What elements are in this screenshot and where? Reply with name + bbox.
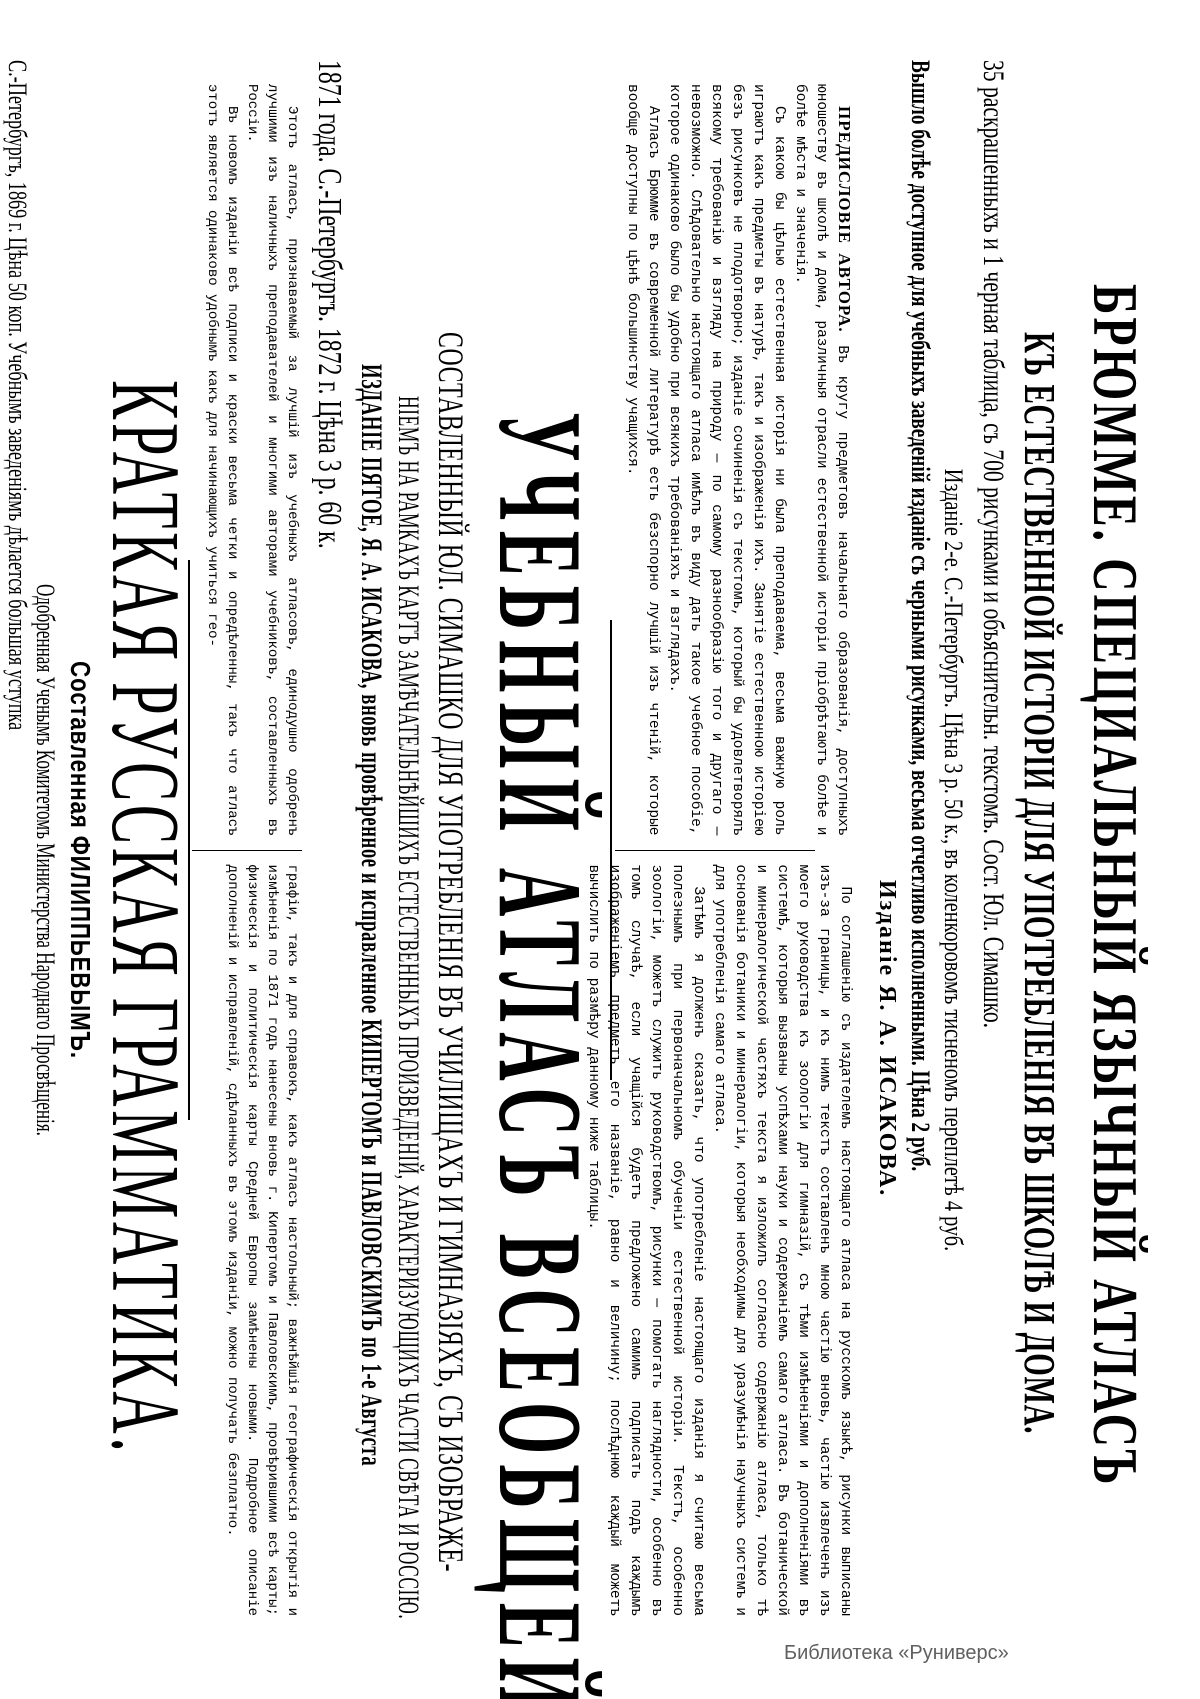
- geography-atlas-edition: ИЗДАНІЕ ПЯТОЕ, Я. А. ИСАКОВА, вновь пров…: [354, 364, 388, 1356]
- note-paragraph: По соглашенію съ издателемъ настоящаго а…: [708, 865, 855, 1617]
- brumme-atlas-description: 35 раскрашенныхъ и 1 черная таблица, съ …: [976, 60, 1010, 1212]
- geography-atlas-subtitle-cont: НІЕМЪ НА РАМКАХЪ КАРТЪ ЗАМѢЧАТЕЛЬНѢЙШИХЪ…: [391, 396, 425, 1324]
- brumme-atlas-publisher: Изданіе Я. А. ИСАКОВА.: [873, 880, 900, 1280]
- grammar-approval: Одобренная Ученымъ Комитетомъ Министерст…: [30, 332, 60, 1388]
- geography-atlas-year-price: 1871 года. С.-Петербургъ. 1872 г. Цѣна 3…: [310, 60, 348, 1180]
- grammar-year-price: С.-Петербургъ, 1869 г. Цѣна 50 коп. Учеб…: [2, 60, 32, 1180]
- geography-paragraph: графіи, такъ и для справокъ, какъ атласъ…: [222, 865, 302, 1617]
- grammar-author: Составленная ФИЛИППЬЕВЫМЪ.: [64, 220, 96, 1500]
- preface-paragraph: Съ какою бы цѣлью естественная исторія н…: [663, 84, 789, 836]
- geography-atlas-title: УЧЕБНЫЙ АТЛАСЪ ВСЕОБЩЕЙ ГЕОГРАФІИ.: [475, 412, 605, 1308]
- geography-right-column: графіи, такъ и для справокъ, какъ атласъ…: [192, 851, 302, 1631]
- brumme-atlas-subtitle: КЪ ЕСТЕСТВЕННОЙ ИСТОРІИ ДЛЯ УПОТРЕБЛЕНІЯ…: [1014, 332, 1065, 1388]
- library-watermark: Библиотека «Руниверс»: [784, 1642, 1009, 1665]
- geography-paragraph: Этотъ атласъ, признаваемый за лучшій изъ…: [242, 84, 302, 836]
- geography-left-column: Этотъ атласъ, признаваемый за лучшій изъ…: [192, 70, 302, 850]
- rotated-page: БРЮММЕ. СПЕЦИАЛЬНЫЙ ЯЗЫЧНЫЙ АТЛАСЪ КЪ ЕС…: [0, 0, 1200, 1699]
- brumme-atlas-edition-price: Изданіе 2-е. С.-Петербургъ. Цѣна 3 р. 50…: [938, 236, 968, 1484]
- brumme-atlas-columns: ПРЕДИСЛОВІЕ АВТОРА. Въ кругу предметовъ …: [615, 70, 855, 1630]
- brumme-atlas-school-edition: Вышло болѣе доступное для учебныхъ завед…: [905, 60, 935, 1244]
- grammar-title: КРАТКАЯ РУССКАЯ ГРАММАТИКА.: [90, 380, 200, 1340]
- preface-paragraph: Атласъ Брюмме въ современной литературѣ …: [621, 84, 663, 836]
- geography-atlas-subtitle: СОСТАВЛЕННЫЙ ЮЛ. СИМАШКО ДЛЯ УПОТРЕБЛЕНІ…: [430, 332, 472, 1388]
- section-divider: [610, 620, 612, 1080]
- brumme-atlas-title: БРЮММЕ. СПЕЦИАЛЬНЫЙ ЯЗЫЧНЫЙ АТЛАСЪ: [1078, 284, 1152, 1436]
- geography-atlas-columns: Этотъ атласъ, признаваемый за лучшій изъ…: [192, 70, 302, 1630]
- author-preface-column: ПРЕДИСЛОВІЕ АВТОРА. Въ кругу предметовъ …: [615, 70, 855, 850]
- geography-paragraph: Въ новомъ изданіи всѣ подписи и краски в…: [202, 84, 242, 836]
- author-preface-heading: ПРЕДИСЛОВІЕ АВТОРА.: [835, 106, 854, 333]
- translator-note-column: По соглашенію съ издателемъ настоящаго а…: [615, 851, 855, 1631]
